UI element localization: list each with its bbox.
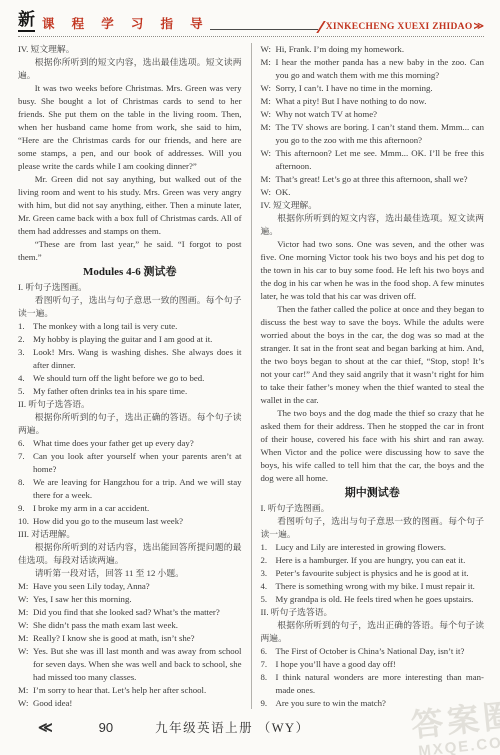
watermark-site-text: MXQE.COM	[413, 732, 500, 755]
numbered-item: 4.We should turn off the light before we…	[18, 372, 242, 385]
dialog-line: M:That’s great! Let’s go at three this a…	[261, 173, 485, 186]
book-title: 九年级英语上册 （WY）	[155, 718, 309, 736]
item-number: 8.	[261, 671, 276, 697]
item-text: Lucy and Lily are interested in growing …	[276, 541, 485, 554]
speaker-label: W:	[261, 108, 276, 121]
speaker-label: M:	[261, 56, 276, 82]
dotted-rule	[18, 36, 484, 37]
item-number: 4.	[261, 580, 276, 593]
item-text: My grandpa is old. He feels tired when h…	[276, 593, 485, 606]
item-text: I broke my arm in a car accident.	[33, 502, 242, 515]
dialog-line: W:Hi, Frank. I’m doing my homework.	[261, 43, 485, 56]
item-text: Did you find that she looked sad? What’s…	[33, 606, 242, 619]
dialog-line: M:I’m sorry to hear that. Let’s help her…	[18, 684, 242, 697]
instruction-text: 看图听句子，选出与句子意思一致的图画。每个句子读一遍。	[261, 515, 485, 541]
paragraph: Mr. Green did not say anything, but walk…	[18, 173, 242, 238]
item-text: We should turn off the light before we g…	[33, 372, 242, 385]
item-text: I hope you’ll have a good day off!	[276, 658, 485, 671]
paragraph: Victor had two sons. One was seven, and …	[261, 238, 485, 303]
paragraph: “These are from last year,” he said. “I …	[18, 238, 242, 264]
section-heading: II. 听句子选答语。	[261, 606, 485, 619]
numbered-item: 5.My father often drinks tea in his spar…	[18, 385, 242, 398]
item-number: 3.	[261, 567, 276, 580]
item-text: Yes. But she was ill last month and was …	[33, 645, 242, 684]
item-text: I think natural wonders are more interes…	[276, 671, 485, 697]
speaker-label: M:	[261, 121, 276, 147]
item-number: 5.	[261, 593, 276, 606]
slash-divider-icon	[317, 21, 326, 33]
item-text: My father often drinks tea in his spare …	[33, 385, 242, 398]
item-number: 2.	[18, 333, 33, 346]
instruction-text: 请听第一段对话，回答 11 至 12 小题。	[18, 567, 242, 580]
speaker-label: W:	[261, 82, 276, 95]
speaker-label: W:	[261, 186, 276, 199]
item-text: Why not watch TV at home?	[276, 108, 485, 121]
dialog-line: M:Have you seen Lily today, Anna?	[18, 580, 242, 593]
speaker-label: W:	[18, 619, 33, 632]
item-text: Sorry, I can’t. I have no time in the mo…	[276, 82, 485, 95]
item-number: 10.	[18, 515, 33, 528]
item-number: 1.	[18, 320, 33, 333]
header-right-brand: XINKECHENG XUEXI ZHIDAO ≫	[318, 21, 484, 32]
item-text: Are you sure to win the match?	[276, 697, 485, 709]
item-text: Can you look after yourself when your pa…	[33, 450, 242, 476]
dialog-line: W:This afternoon? Let me see. Mmm... OK.…	[261, 147, 485, 173]
item-text: That’s great! Let’s go at three this aft…	[276, 173, 485, 186]
item-text: Peter’s favourite subject is physics and…	[276, 567, 485, 580]
numbered-item: 8.We are leaving for Hangzhou for a trip…	[18, 476, 242, 502]
item-number: 7.	[18, 450, 33, 476]
paragraph: It was two weeks before Christmas. Mrs. …	[18, 82, 242, 173]
paragraph: The two boys and the dog made the thief …	[261, 407, 485, 485]
numbered-item: 2.My hobby is playing the guitar and I a…	[18, 333, 242, 346]
speaker-label: W:	[18, 593, 33, 606]
item-number: 8.	[18, 476, 33, 502]
instruction-text: 根据你所听到的对话内容，选出能回答所提问题的最佳选项。每段对话读两遍。	[18, 541, 242, 567]
item-text: Good idea!	[33, 697, 242, 709]
numbered-item: 2.Here is a hamburger. If you are hungry…	[261, 554, 485, 567]
test-title: 期中测试卷	[261, 485, 485, 502]
speaker-label: W:	[261, 43, 276, 56]
dialog-line: M:Really? I know she is good at math, is…	[18, 632, 242, 645]
item-text: I hear the mother panda has a new baby i…	[276, 56, 485, 82]
dialog-line: W:OK.	[261, 186, 485, 199]
instruction-text: 根据你所听到的短文内容，选出最佳选项。短文读两遍。	[261, 212, 485, 238]
item-text: We are leaving for Hangzhou for a trip. …	[33, 476, 242, 502]
page-content: 新 课 程 学 习 指 导 XINKECHENG XUEXI ZHIDAO ≫ …	[0, 0, 500, 709]
dialog-line: M:Did you find that she looked sad? What…	[18, 606, 242, 619]
left-column: IV. 短文理解。根据你所听到的短文内容，选出最佳选项。短文读两遍。It was…	[18, 43, 251, 709]
item-text: Have you seen Lily today, Anna?	[33, 580, 242, 593]
numbered-item: 9.I broke my arm in a car accident.	[18, 502, 242, 515]
item-text: OK.	[276, 186, 485, 199]
item-text: Here is a hamburger. If you are hungry, …	[276, 554, 485, 567]
dialog-line: W:Yes, I saw her this morning.	[18, 593, 242, 606]
item-number: 7.	[261, 658, 276, 671]
header-title-cn: 课 程 学 习 指 导	[42, 14, 210, 32]
item-text: Hi, Frank. I’m doing my homework.	[276, 43, 485, 56]
item-text: Really? I know she is good at math, isn’…	[33, 632, 242, 645]
test-title: Modules 4-6 测试卷	[18, 264, 242, 281]
item-number: 1.	[261, 541, 276, 554]
chevrons-right-icon: ≫	[474, 21, 484, 32]
dialog-line: M:I hear the mother panda has a new baby…	[261, 56, 485, 82]
item-text: She didn’t pass the math exam last week.	[33, 619, 242, 632]
speaker-label: M:	[18, 684, 33, 697]
item-number: 9.	[261, 697, 276, 709]
section-heading: IV. 短文理解。	[18, 43, 242, 56]
item-number: 9.	[18, 502, 33, 515]
speaker-label: W:	[261, 147, 276, 173]
speaker-label: M:	[261, 173, 276, 186]
item-number: 2.	[261, 554, 276, 567]
speaker-label: W:	[18, 697, 33, 709]
dialog-line: W:Sorry, I can’t. I have no time in the …	[261, 82, 485, 95]
numbered-item: 7.I hope you’ll have a good day off!	[261, 658, 485, 671]
item-text: The monkey with a long tail is very cute…	[33, 320, 242, 333]
dialog-line: W:Good idea!	[18, 697, 242, 709]
instruction-text: 根据你所听到的句子，选出正确的答语。每个句子读两遍。	[18, 411, 242, 437]
right-column: W:Hi, Frank. I’m doing my homework.M:I h…	[251, 43, 485, 709]
numbered-item: 6.The First of October is China’s Nation…	[261, 645, 485, 658]
paragraph: Then the father called the police at onc…	[261, 303, 485, 407]
item-text: How did you go to the museum last week?	[33, 515, 242, 528]
section-heading: I. 听句子选图画。	[18, 281, 242, 294]
numbered-item: 3.Look! Mrs. Wang is washing dishes. She…	[18, 346, 242, 372]
item-number: 4.	[18, 372, 33, 385]
dialog-line: M:What a pity! But I have nothing to do …	[261, 95, 485, 108]
item-text: I’m sorry to hear that. Let’s help her a…	[33, 684, 242, 697]
numbered-item: 6.What time does your father get up ever…	[18, 437, 242, 450]
numbered-item: 5.My grandpa is old. He feels tired when…	[261, 593, 485, 606]
numbered-item: 4.There is something wrong with my bike.…	[261, 580, 485, 593]
speaker-label: M:	[18, 632, 33, 645]
item-text: There is something wrong with my bike. I…	[276, 580, 485, 593]
item-text: Look! Mrs. Wang is washing dishes. She a…	[33, 346, 242, 372]
item-text: The First of October is China’s National…	[276, 645, 485, 658]
dialog-line: W:Why not watch TV at home?	[261, 108, 485, 121]
speaker-label: M:	[18, 580, 33, 593]
numbered-item: 8.I think natural wonders are more inter…	[261, 671, 485, 697]
item-text: My hobby is playing the guitar and I am …	[33, 333, 242, 346]
numbered-item: 7.Can you look after yourself when your …	[18, 450, 242, 476]
section-heading: I. 听句子选图画。	[261, 502, 485, 515]
item-text: Yes, I saw her this morning.	[33, 593, 242, 606]
speaker-label: M:	[18, 606, 33, 619]
item-number: 3.	[18, 346, 33, 372]
speaker-label: W:	[18, 645, 33, 684]
item-number: 6.	[18, 437, 33, 450]
header-rule	[210, 29, 319, 30]
item-text: This afternoon? Let me see. Mmm... OK. I…	[276, 147, 485, 173]
dialog-line: W:She didn’t pass the math exam last wee…	[18, 619, 242, 632]
item-text: The TV shows are boring. I can’t stand t…	[276, 121, 485, 147]
footer-chevrons-icon: ≪	[38, 720, 51, 737]
header-title-en: XINKECHENG XUEXI ZHIDAO	[326, 22, 473, 32]
page-header: 新 课 程 学 习 指 导 XINKECHENG XUEXI ZHIDAO ≫	[18, 12, 484, 32]
item-number: 6.	[261, 645, 276, 658]
section-heading: IV. 短文理解。	[261, 199, 485, 212]
numbered-item: 10.How did you go to the museum last wee…	[18, 515, 242, 528]
instruction-text: 根据你所听到的短文内容，选出最佳选项。短文读两遍。	[18, 56, 242, 82]
item-number: 5.	[18, 385, 33, 398]
instruction-text: 看图听句子，选出与句子意思一致的图画。每个句子读一遍。	[18, 294, 242, 320]
dialog-line: W:Yes. But she was ill last month and wa…	[18, 645, 242, 684]
page-number: 90	[99, 720, 113, 735]
workbook-page: { "colors": { "accent_red": "#c1341f", "…	[0, 0, 500, 755]
page-footer: ≪ 90 九年级英语上册 （WY）	[0, 718, 310, 737]
numbered-item: 9.Are you sure to win the match?	[261, 697, 485, 709]
instruction-text: 根据你所听到的句子，选出正确的答语。每个句子读两遍。	[261, 619, 485, 645]
item-text: What time does your father get up every …	[33, 437, 242, 450]
numbered-item: 1.Lucy and Lily are interested in growin…	[261, 541, 485, 554]
dialog-line: M:The TV shows are boring. I can’t stand…	[261, 121, 485, 147]
numbered-item: 1.The monkey with a long tail is very cu…	[18, 320, 242, 333]
section-heading: II. 听句子选答语。	[18, 398, 242, 411]
brand-logo: 新	[18, 12, 35, 32]
text-columns: IV. 短文理解。根据你所听到的短文内容，选出最佳选项。短文读两遍。It was…	[18, 43, 484, 709]
speaker-label: M:	[261, 95, 276, 108]
section-heading: III. 对话理解。	[18, 528, 242, 541]
item-text: What a pity! But I have nothing to do no…	[276, 95, 485, 108]
numbered-item: 3.Peter’s favourite subject is physics a…	[261, 567, 485, 580]
